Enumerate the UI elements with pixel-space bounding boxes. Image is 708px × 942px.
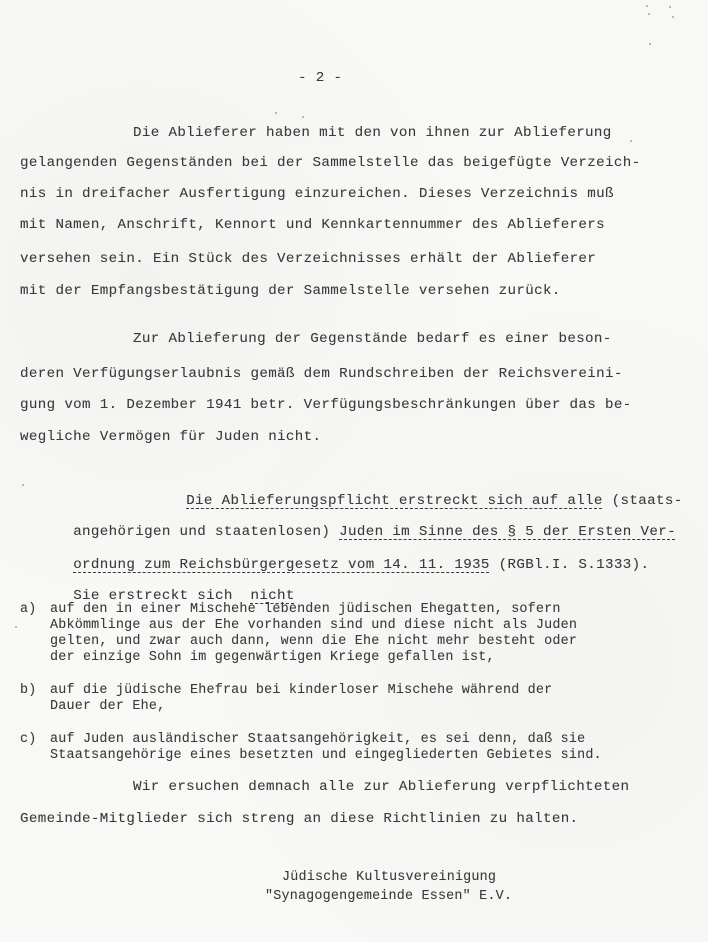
- paragraph-line: nis in dreifacher Ausfertigung einzureic…: [20, 186, 614, 202]
- underlined-text: ordnung zum Reichsbürgergesetz vom 14. 1…: [73, 557, 490, 573]
- scan-speck: [649, 43, 651, 45]
- plain-text: (RGBl.I. S.1333).: [490, 557, 650, 573]
- list-item-line: Abkömmlinge aus der Ehe vorhanden sind u…: [50, 618, 577, 633]
- scan-speck: [22, 484, 24, 486]
- paragraph-line: mit der Empfangsbestätigung der Sammelst…: [20, 283, 561, 299]
- list-item-line: auf Juden ausländischer Staatsangehörigk…: [50, 732, 585, 747]
- list-marker: a): [20, 602, 36, 617]
- paragraph-line: versehen sein. Ein Stück des Verzeichnis…: [20, 251, 596, 267]
- scan-speck: [648, 13, 650, 15]
- scan-speck: [646, 5, 648, 7]
- paragraph-line: gung vom 1. Dezember 1941 betr. Verfügun…: [20, 397, 632, 413]
- list-marker: c): [20, 732, 36, 747]
- list-item-line: auf den in einer Mischehe lebenden jüdis…: [50, 602, 561, 617]
- plain-text: angehörigen und staatenlosen): [73, 524, 339, 540]
- signature-organization: Jüdische Kultusvereinigung: [282, 870, 496, 885]
- paragraph-line: Die Ablieferer haben mit den von ihnen z…: [133, 125, 612, 141]
- page-number: - 2 -: [298, 70, 342, 86]
- paragraph-line: Wir ersuchen demnach alle zur Ablieferun…: [133, 779, 629, 795]
- signature-congregation: "Synagogengemeinde Essen" E.V.: [265, 889, 512, 904]
- scan-speck: [15, 626, 17, 628]
- paragraph-line: Zur Ablieferung der Gegenstände bedarf e…: [133, 331, 612, 347]
- paragraph-line: Gemeinde-Mitglieder sich streng an diese…: [20, 811, 578, 827]
- scan-speck: [630, 140, 632, 142]
- paragraph-line: wegliche Vermögen für Juden nicht.: [20, 429, 321, 445]
- scan-speck: [672, 16, 674, 18]
- paragraph-line: gelangenden Gegenständen bei der Sammels…: [20, 155, 640, 171]
- list-item-line: der einzige Sohn im gegenwärtigen Kriege…: [50, 650, 495, 665]
- plain-text: (staats-: [603, 493, 683, 509]
- scanned-document-page: - 2 - Die Ablieferer haben mit den von i…: [0, 0, 708, 942]
- list-item-line: auf die jüdische Ehefrau bei kinderloser…: [50, 683, 552, 698]
- paragraph-line: deren Verfügungserlaubnis gemäß dem Rund…: [20, 366, 623, 382]
- underlined-text: Die Ablieferungspflicht erstreckt sich a…: [186, 493, 603, 509]
- list-item-line: Dauer der Ehe,: [50, 699, 165, 714]
- paragraph-line: mit Namen, Anschrift, Kennort und Kennka…: [20, 217, 605, 233]
- scan-speck: [275, 112, 277, 114]
- scan-speck: [669, 6, 671, 8]
- list-item-line: gelten, und zwar auch dann, wenn die Ehe…: [50, 634, 577, 649]
- list-item-line: Staatsangehörige eines besetzten und ein…: [50, 748, 602, 763]
- scan-speck: [302, 116, 304, 118]
- list-marker: b): [20, 683, 36, 698]
- underlined-text: Juden im Sinne des § 5 der Ersten Ver-: [339, 524, 676, 540]
